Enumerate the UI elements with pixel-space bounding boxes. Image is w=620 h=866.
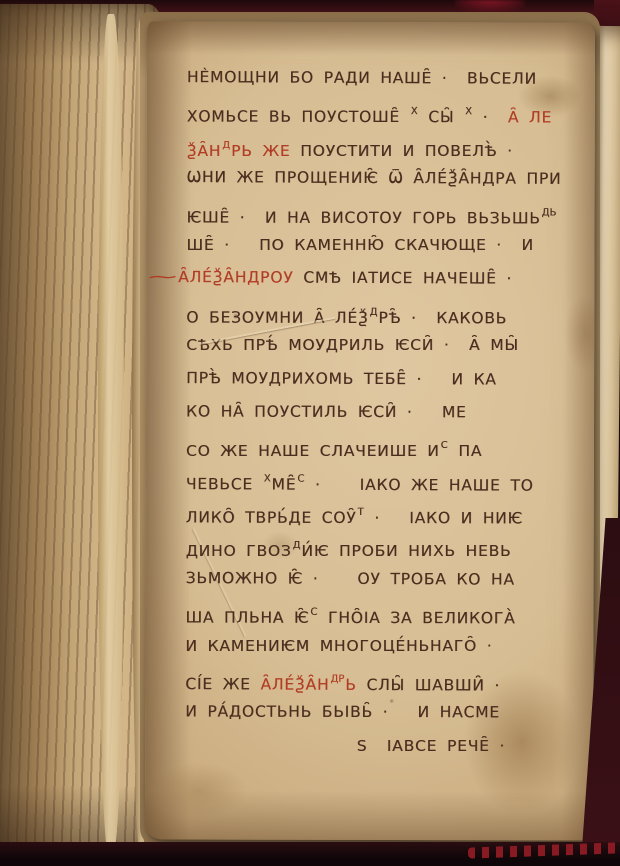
ink-text-segment: сі́е же (185, 675, 260, 693)
ink-text-segment: д (293, 540, 301, 551)
ink-text-segment: ѡни же прощениѥ̑ ѿ а̑ле́ѯа̑ндра при (187, 168, 562, 188)
manuscript-line: ко на̑ поустиль ѥси̑ · ме (186, 395, 578, 429)
rubric-text-segment: а̑ле́ѯа̑н (260, 675, 329, 693)
ink-text-segment: дь (542, 207, 557, 218)
manuscript-photo: нѐмощни бо ради наше̑ · вьселихомьсе вь … (0, 0, 620, 866)
manuscript-line: хомьсе вь поустоше̑ х сы̑ х · а̑ ле (187, 95, 579, 129)
manuscript-line: нѐмощни бо ради наше̑ · вьсели (187, 61, 579, 96)
ink-text-segment: с (441, 440, 448, 451)
ink-text-segment: ше̑ · по каменню̑ скачюще · и (186, 236, 533, 254)
ink-text-segment: прѣ̀ моудрихомь тебе̑ · и ка (186, 369, 497, 388)
manuscript-line: ~а̑ле́ѯа̑ндроу смѣ ıатисе начеше̑ · (186, 261, 578, 296)
ink-text-segment: чевьсе (186, 475, 263, 493)
ink-text-segment: х (264, 473, 271, 484)
ink-text-segment: па (449, 442, 483, 460)
ink-text-segment: ме̑ (272, 475, 297, 493)
ink-text-segment: ко на̑ поустиль ѥси̑ · ме (186, 402, 467, 421)
ink-text-segment: х (465, 107, 472, 118)
ink-text-segment: т (358, 507, 364, 518)
ink-text-segment: · ıако же наше то (305, 475, 533, 494)
rubric-text-segment: д (222, 140, 230, 151)
ink-text-segment: хомьсе вь поустоше̑ (187, 108, 410, 127)
manuscript-line: зьможно ѥ̑ · оу троба ко на (186, 562, 578, 597)
ink-text-segment: и ра́достьнь бьівь̑ · и насме (185, 703, 500, 722)
ink-text-segment: и камениѥм многоце́ньнаго̑ · (185, 637, 492, 655)
ink-text-segment: поустити и повелѣ̀ · (300, 142, 513, 160)
manuscript-line: и камениѥм многоце́ньнаго̑ · (185, 630, 577, 663)
manuscript-line: и ра́достьнь бьівь̑ · и насме (185, 696, 577, 730)
manuscript-line: прѣ̀ моудрихомь тебе̑ · и ка (186, 362, 578, 397)
ink-text-segment: · (473, 109, 508, 127)
rubric-text-segment: ~ (145, 261, 181, 295)
page-edge-strip (98, 14, 124, 854)
manuscript-line: ша пльна ѥ̑с гно̑ıа за великога̀ (185, 596, 577, 630)
ink-text-segment: смѣ ıатисе начеше̑ · (303, 269, 512, 288)
manuscript-line: ше̑ · по каменню̑ скачюще · и (186, 229, 578, 262)
manuscript-line: ѕ ıавсе рече̑ · (185, 730, 577, 763)
manuscript-text: нѐмощни бо ради наше̑ · вьселихомьсе вь … (185, 62, 579, 764)
ink-text-segment: лико̑ тврь́де соу̑ (186, 509, 357, 527)
ink-text-segment: · ıако и ниѥ (365, 509, 523, 527)
rubric-text-segment: а̑ ле (508, 109, 552, 127)
ink-text-segment: дино гвоз (186, 542, 292, 560)
ink-text-segment: нѐмощни бо ради наше̑ · вьсели (187, 68, 537, 88)
ink-text-segment: сы̑ (419, 109, 465, 127)
ink-text-segment: со же наше слачеише и (186, 442, 440, 460)
ink-text-segment: сѣхь прѣ́ моудриль ѥси̑ · а̑ мы̑ (186, 336, 519, 354)
ink-text-segment: с (310, 607, 317, 618)
ink-text-segment: и́ѥ проби нихь невь (301, 542, 511, 560)
ink-text-segment: зьможно ѥ̑ · оу троба ко на (186, 569, 515, 589)
ink-text-segment: ѕ ıавсе рече̑ · (357, 737, 505, 755)
manuscript-line: ѡни же прощениѥ̑ ѿ а̑ле́ѯа̑ндра при (187, 161, 579, 196)
ink-text-segment: слы̑ шавши̑ · (366, 676, 500, 695)
manuscript-line: ѯа̑ндрь же поустити и повелѣ̀ · (187, 129, 579, 162)
manuscript-line: ѥше̑ · и на висотоу горь вьзьшьдь (187, 195, 579, 229)
manuscript-line: о безоумни а̑ ле́ѯдрѣ̑ · каковь (186, 295, 578, 329)
manuscript-line: дино гвозди́ѥ проби нихь невь (186, 529, 578, 562)
ink-text-segment: о безоумни а̑ ле́ѯ (186, 308, 368, 326)
manuscript-line: чевьсе хме̑с · ıако же наше то (186, 462, 578, 497)
ink-text-segment: с (297, 473, 304, 484)
rubric-text-segment: ѯа̑н (187, 142, 222, 160)
manuscript-page: нѐмощни бо ради наше̑ · вьселихомьсе вь … (145, 21, 595, 840)
ink-text-segment: ша пльна ѥ̑ (185, 609, 309, 627)
rubric-text-segment: др (330, 674, 344, 685)
rubric-text-segment: рь же (231, 142, 300, 160)
manuscript-line: сі́е же а̑ле́ѯа̑ндрь слы̑ шавши̑ · (185, 662, 577, 697)
ink-text-segment: ѥше̑ · и на висотоу горь вьзьшь (187, 208, 541, 227)
rubric-text-segment: ь (345, 676, 366, 694)
ink-text-segment: х (411, 106, 418, 117)
rubric-text-segment: а̑ле́ѯа̑ндроу (178, 268, 303, 287)
ink-text-segment: рѣ̑ · каковь (378, 309, 507, 327)
ink-text-segment: гно̑ıа за великога̀ (318, 609, 515, 628)
ink-text-segment: д (370, 307, 378, 318)
manuscript-line: со же наше слачеише ис па (186, 429, 578, 462)
manuscript-line: лико̑ тврь́де соу̑т · ıако и ниѥ (186, 496, 578, 530)
